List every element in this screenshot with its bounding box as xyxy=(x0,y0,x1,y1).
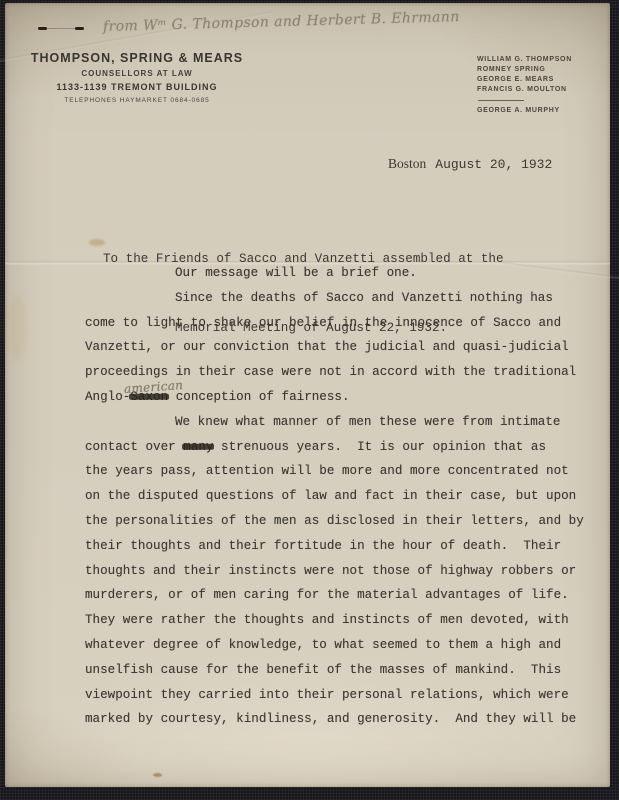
firm-telephones: TELEPHONES HAYMARKET 0684-0685 xyxy=(23,97,251,104)
typed-text: Since the deaths of Sacco and Vanzetti n… xyxy=(175,291,553,305)
typed-line: Since the deaths of Sacco and Vanzetti n… xyxy=(85,286,597,311)
typed-line: viewpoint they carried into their person… xyxy=(85,683,597,708)
partner-name: ROMNEY SPRING xyxy=(477,65,572,75)
typed-text: viewpoint they carried into their person… xyxy=(85,688,569,702)
typed-text: their thoughts and their fortitude in th… xyxy=(85,539,561,553)
typed-text: We knew what manner of men these were fr… xyxy=(175,415,560,429)
partner-name: GEORGE E. MEARS xyxy=(477,75,572,85)
typed-text: murderers, or of men caring for the mate… xyxy=(85,588,569,602)
struck-out-word: many xyxy=(183,440,213,454)
letter-body: Our message will be a brief one.Since th… xyxy=(85,261,597,732)
typed-line: Anglo-Saxonamerican conception of fairne… xyxy=(85,385,597,410)
scanned-letter: from Wᵐ G. Thompson and Herbert B. Ehrma… xyxy=(0,0,619,800)
firm-address: 1133-1139 TREMONT BUILDING xyxy=(23,82,251,92)
typed-text: unselfish cause for the benefit of the m… xyxy=(85,663,561,677)
paper-stain xyxy=(7,293,27,363)
associate-name: GEORGE A. MURPHY xyxy=(477,106,572,116)
typed-text: the personalities of the men as disclose… xyxy=(85,514,584,528)
typed-line: unselfish cause for the benefit of the m… xyxy=(85,658,597,683)
struck-out-word: Saxonamerican xyxy=(130,390,168,404)
typed-line: We knew what manner of men these were fr… xyxy=(85,410,597,435)
typed-line: They were rather the thoughts and instin… xyxy=(85,608,597,633)
typed-line: marked by courtesy, kindliness, and gene… xyxy=(85,707,597,732)
partner-name: WILLIAM G. THOMPSON xyxy=(477,55,572,65)
typed-text: conception of fairness. xyxy=(168,390,349,404)
handwritten-correction: american xyxy=(124,373,185,402)
partners-divider xyxy=(478,100,524,101)
typed-text: strenuous years. It is our opinion that … xyxy=(213,440,546,454)
typed-line: contact over many strenuous years. It is… xyxy=(85,435,597,460)
letterhead-partners: WILLIAM G. THOMPSON ROMNEY SPRING GEORGE… xyxy=(477,55,572,116)
dateline-date: August 20, 1932 xyxy=(435,157,552,172)
partner-name: FRANCIS G. MOULTON xyxy=(477,85,572,95)
handwritten-annotation: from Wᵐ G. Thompson and Herbert B. Ehrma… xyxy=(103,9,460,35)
typed-text: Our message will be a brief one. xyxy=(175,266,417,280)
typed-line: the personalities of the men as disclose… xyxy=(85,509,597,534)
typed-line: thoughts and their instincts were not th… xyxy=(85,559,597,584)
typed-text: whatever degree of knowledge, to what se… xyxy=(85,638,561,652)
typed-text: come to light to shake our belief in the… xyxy=(85,316,561,330)
typed-line: Vanzetti, or our conviction that the jud… xyxy=(85,335,597,360)
firm-name: THOMPSON, SPRING & MEARS xyxy=(23,51,251,65)
dateline-city: Boston xyxy=(388,156,426,171)
typed-text: on the disputed questions of law and fac… xyxy=(85,489,576,503)
typed-text: thoughts and their instincts were not th… xyxy=(85,564,576,578)
typed-line: their thoughts and their fortitude in th… xyxy=(85,534,597,559)
dateline: BostonAugust 20, 1932 xyxy=(388,155,552,173)
typed-line: murderers, or of men caring for the mate… xyxy=(85,583,597,608)
typed-line: the years pass, attention will be more a… xyxy=(85,459,597,484)
paper-stain xyxy=(153,773,162,777)
typed-text: They were rather the thoughts and instin… xyxy=(85,613,569,627)
typed-line: come to light to shake our belief in the… xyxy=(85,311,597,336)
typed-line: on the disputed questions of law and fac… xyxy=(85,484,597,509)
typed-text: marked by courtesy, kindliness, and gene… xyxy=(85,712,576,726)
typed-text: the years pass, attention will be more a… xyxy=(85,464,569,478)
typed-line: whatever degree of knowledge, to what se… xyxy=(85,633,597,658)
typed-text: contact over xyxy=(85,440,183,454)
letter-paper: from Wᵐ G. Thompson and Herbert B. Ehrma… xyxy=(5,3,610,787)
staple-mark xyxy=(38,27,84,30)
firm-subtitle: COUNSELLORS AT LAW xyxy=(23,69,251,78)
typed-line: Our message will be a brief one. xyxy=(85,261,597,286)
typed-text: Vanzetti, or our conviction that the jud… xyxy=(85,340,569,354)
letterhead: THOMPSON, SPRING & MEARS COUNSELLORS AT … xyxy=(23,51,251,104)
